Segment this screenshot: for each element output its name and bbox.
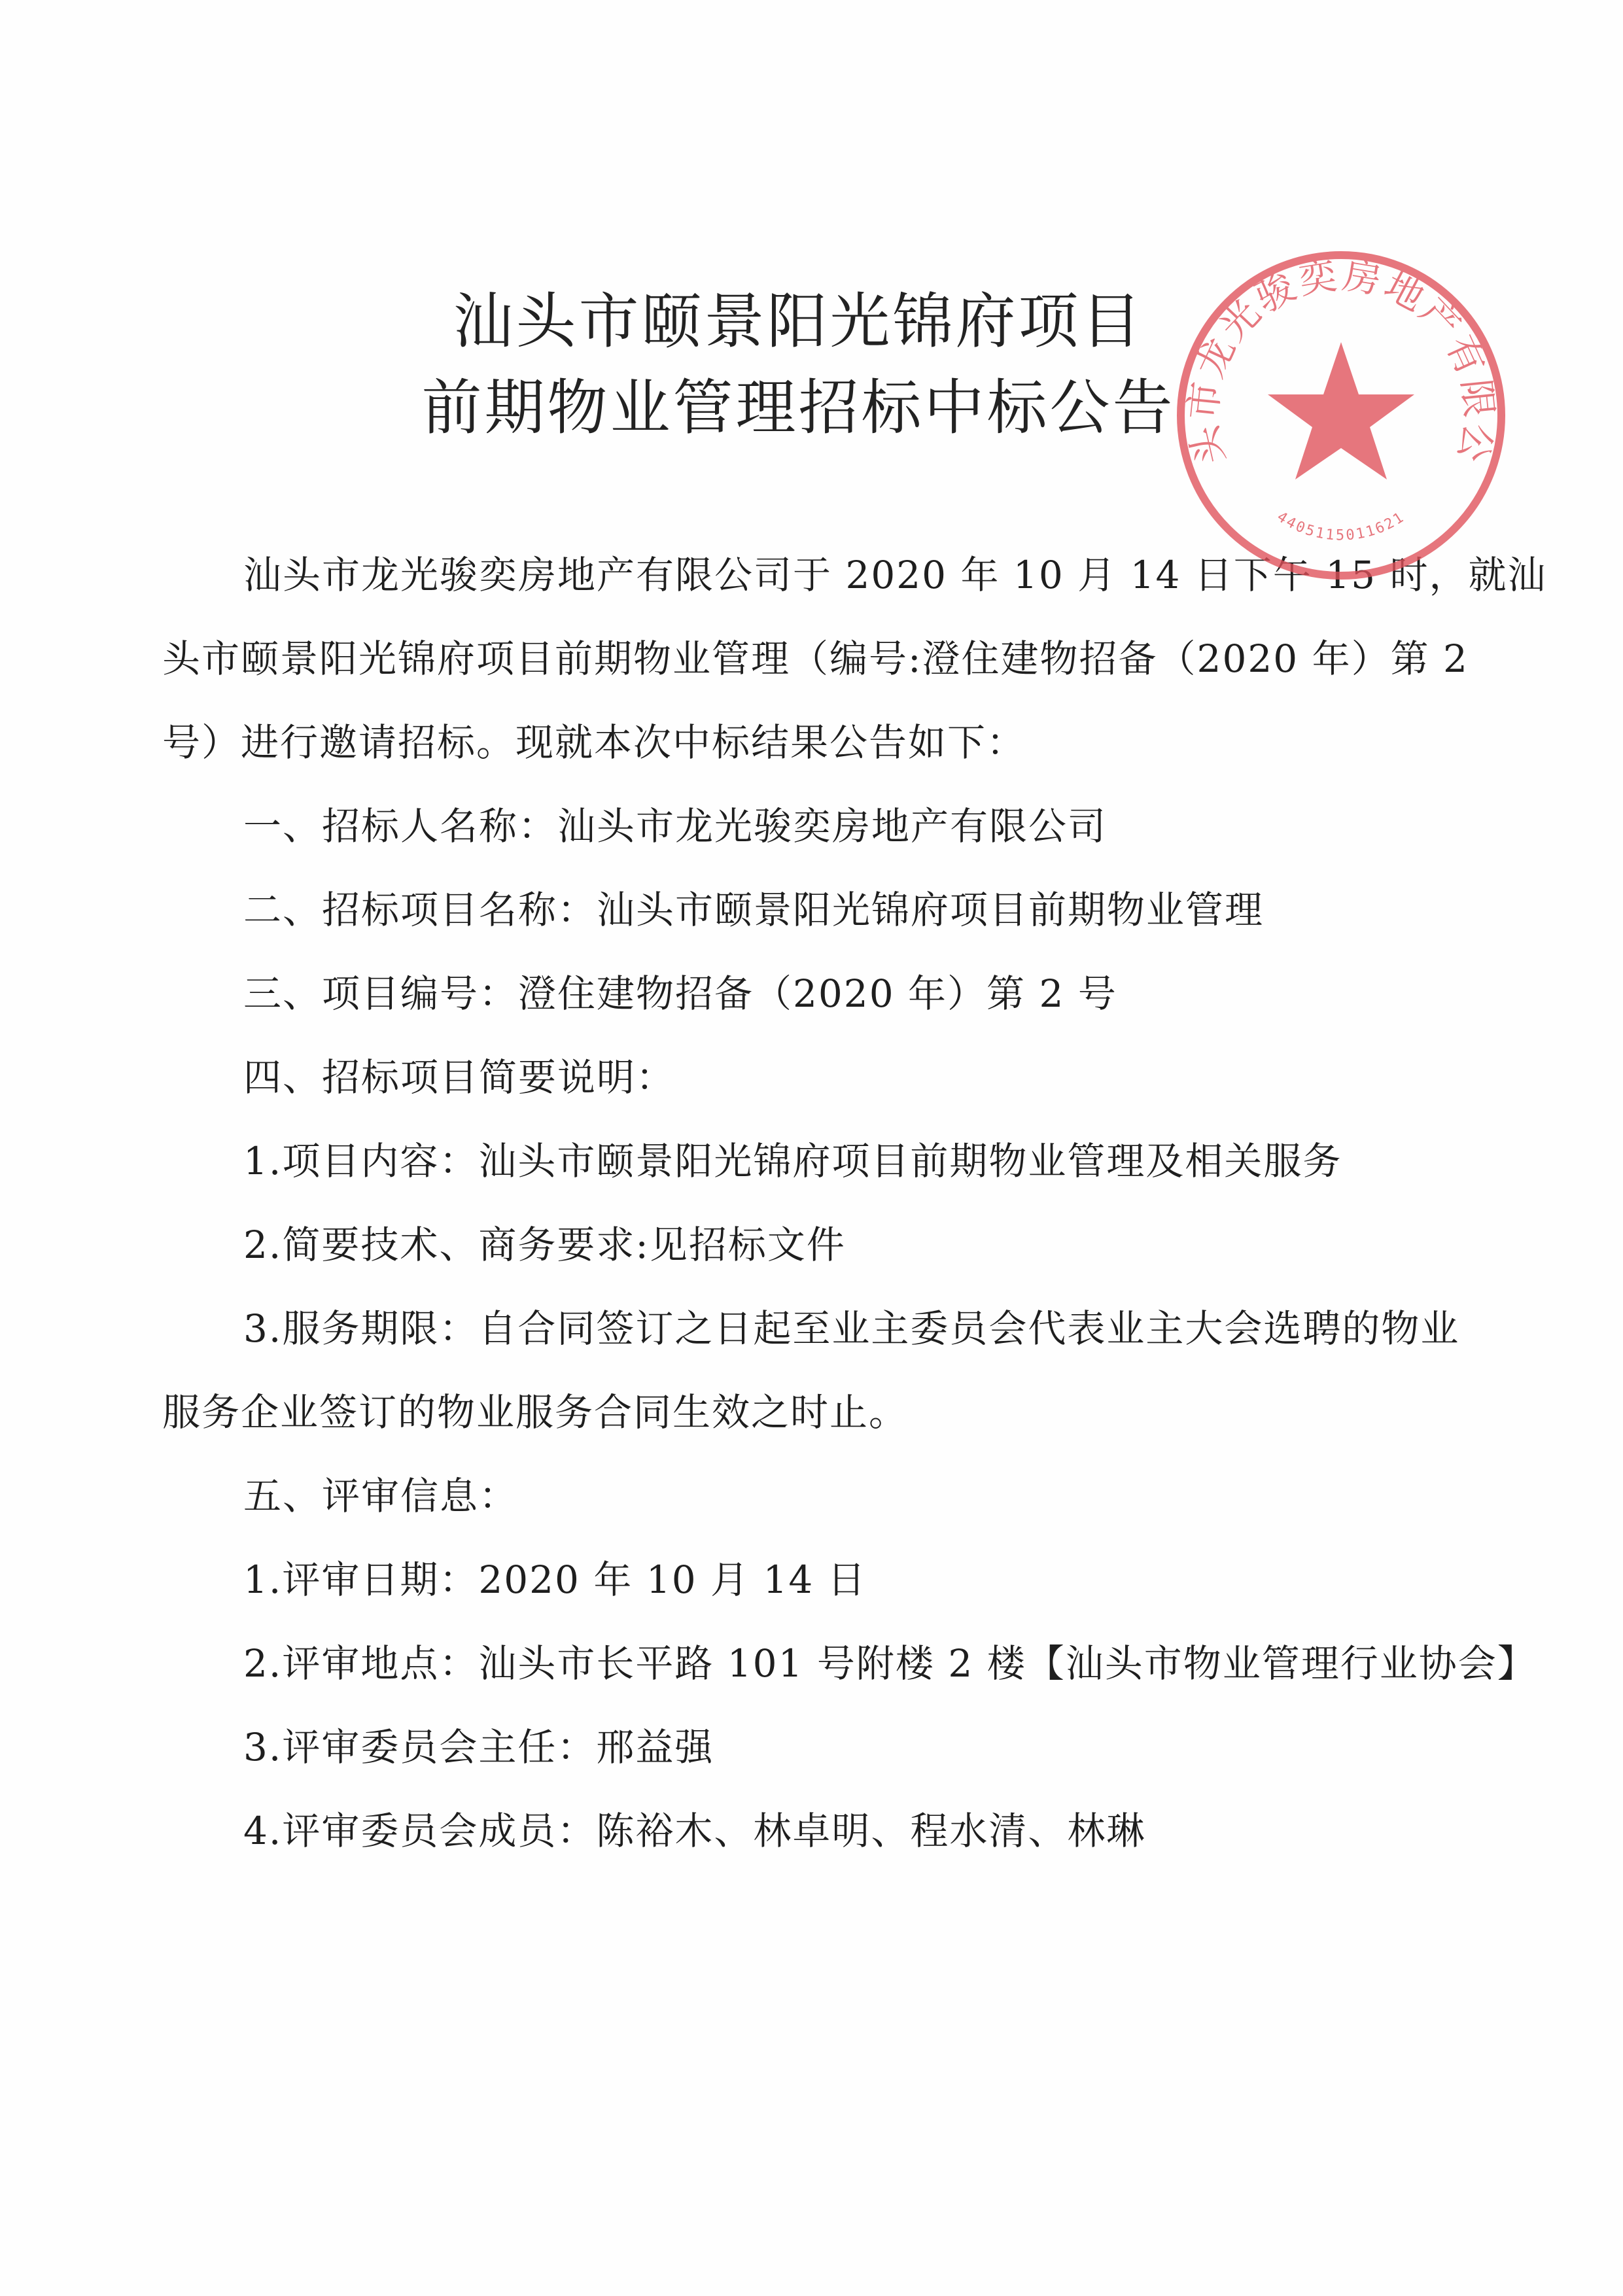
intro-line-3: 号）进行邀请招标。现就本次中标结果公告如下： [162,712,1026,767]
document-title-line-2: 前期物业管理招标中标公告 [0,360,1610,446]
section-bidder-name: 一、招标人名称：汕头市龙光骏奕房地产有限公司 [243,795,1107,850]
review-date: 1.评审日期：2020 年 10 月 14 日 [243,1549,867,1604]
intro-line-2: 头市颐景阳光锦府项目前期物业管理（编号:澄住建物招备（2020 年）第 2 [162,628,1469,683]
intro-line-1: 汕头市龙光骏奕房地产有限公司于 2020 年 10 月 14 日下午 15 时，… [243,544,1547,599]
summary-item-service-period: 3.服务期限：自合同签订之日起至业主委员会代表业主大会选聘的物业 [243,1298,1459,1353]
section-project-summary-heading: 四、招标项目简要说明： [243,1047,675,1102]
summary-item-service-period-cont: 服务企业签订的物业服务合同生效之时止。 [162,1382,908,1436]
summary-item-content: 1.项目内容：汕头市颐景阳光锦府项目前期物业管理及相关服务 [243,1130,1342,1185]
review-location: 2.评审地点：汕头市长平路 101 号附楼 2 楼【汕头市物业管理行业协会】 [243,1633,1537,1688]
review-committee-members: 4.评审委员会成员：陈裕木、林卓明、程水清、林琳 [243,1800,1145,1855]
svg-text:4405115011621: 4405115011621 [1274,509,1408,544]
document-page: 汕头市颐景阳光锦府项目 前期物业管理招标中标公告 汕头市龙光骏奕房地产有限公司于… [0,0,1623,2296]
document-title-line-1: 汕头市颐景阳光锦府项目 [0,273,1610,360]
review-committee-chair: 3.评审委员会主任：邢益强 [243,1716,714,1771]
section-project-number: 三、项目编号：澄住建物招备（2020 年）第 2 号 [243,963,1117,1018]
section-project-name: 二、招标项目名称：汕头市颐景阳光锦府项目前期物业管理 [243,879,1264,934]
summary-item-requirements: 2.简要技术、商务要求:见招标文件 [243,1214,846,1269]
section-review-info-heading: 五、评审信息： [243,1465,518,1520]
